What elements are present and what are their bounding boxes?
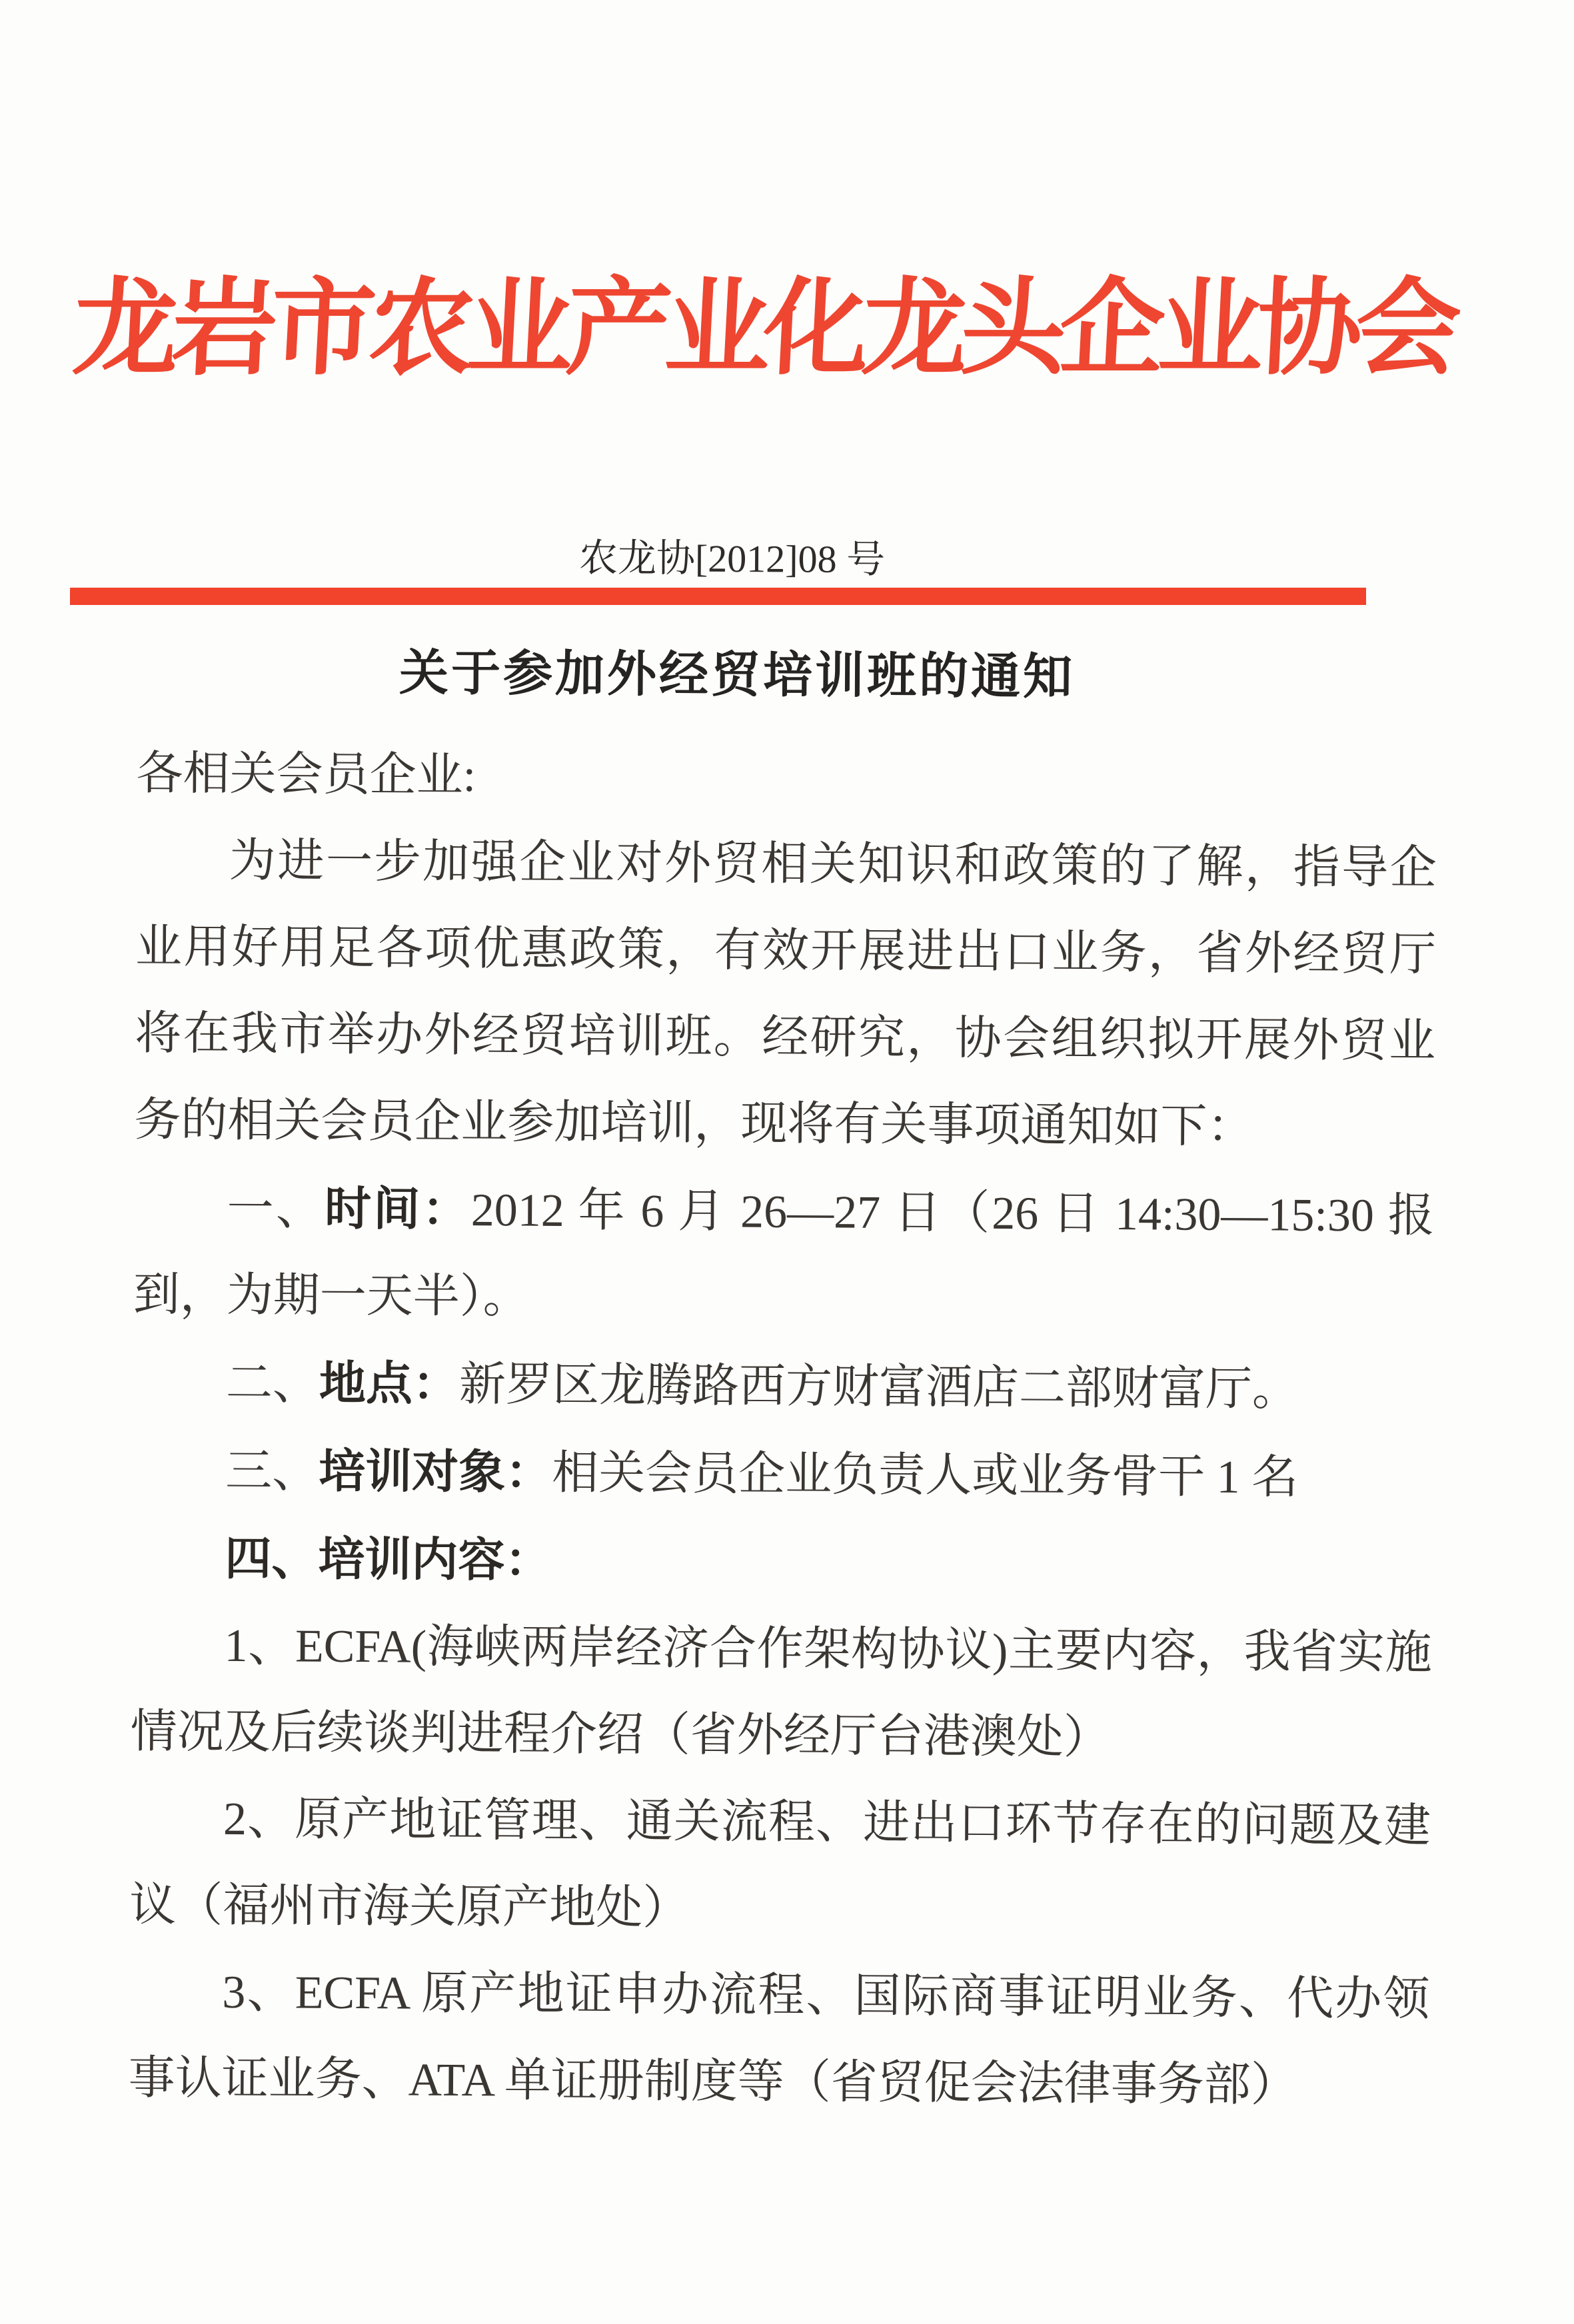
salutation: 各相关会员企业:: [136, 731, 1437, 826]
section-venue: 二、地点：新罗区龙腾路西方财富酒店二部财富厅。: [133, 1339, 1434, 1435]
section-venue-number: 二、: [226, 1358, 319, 1410]
section-trainees: 三、培训对象：相关会员企业负责人或业务骨干 1 名: [132, 1427, 1433, 1522]
section-time-heading: 时间：: [325, 1183, 471, 1235]
content-item-1: 1、ECFA(海峡两岸经济合作架构协议)主要内容，我省实施情况及后续谈判进程介绍…: [130, 1602, 1432, 1784]
document-number: 农龙协[2012]08 号: [0, 533, 1464, 585]
section-time: 一、时间：2012 年 6 月 26—27 日（26 日 14:30—15:30…: [133, 1164, 1435, 1347]
section-trainees-number: 三、: [225, 1446, 319, 1498]
content-item-3: 3、ECFA 原产地证申办流程、国际商事证明业务、代办领事认证业务、ATA 单证…: [128, 1949, 1430, 2130]
section-venue-text: 新罗区龙腾路西方财富酒店二部财富厅。: [459, 1359, 1299, 1416]
intro-paragraph: 为进一步加强企业对外贸相关知识和政策的了解，指导企业用好用足各项优惠政策，有效开…: [134, 818, 1437, 1172]
section-content-number: 四、: [225, 1532, 318, 1585]
section-content: 四、培训内容：: [131, 1514, 1433, 1610]
section-venue-heading: 地点：: [319, 1357, 459, 1410]
section-trainees-text: 相关会员企业负责人或业务骨干 1 名: [552, 1448, 1298, 1504]
notice-body: 各相关会员企业: 为进一步加强企业对外贸相关知识和政策的了解，指导企业用好用足各…: [128, 731, 1437, 2130]
section-content-heading: 培训内容：: [318, 1533, 551, 1586]
letterhead-red-divider: [70, 588, 1366, 605]
letterhead-org-title: 龙岩市农业产业化龙头企业协会: [0, 261, 1531, 398]
notice-title: 关于参加外经贸培训班的通知: [0, 642, 1474, 708]
document-page: 龙岩市农业产业化龙头企业协会 农龙协[2012]08 号 关于参加外经贸培训班的…: [0, 0, 1574, 2324]
section-trainees-heading: 培训对象：: [319, 1445, 552, 1498]
section-time-number: 一、: [227, 1183, 325, 1235]
content-item-2: 2、原产地证管理、通关流程、进出口环节存在的问题及建议（福州市海关原产地处）: [129, 1776, 1431, 1957]
